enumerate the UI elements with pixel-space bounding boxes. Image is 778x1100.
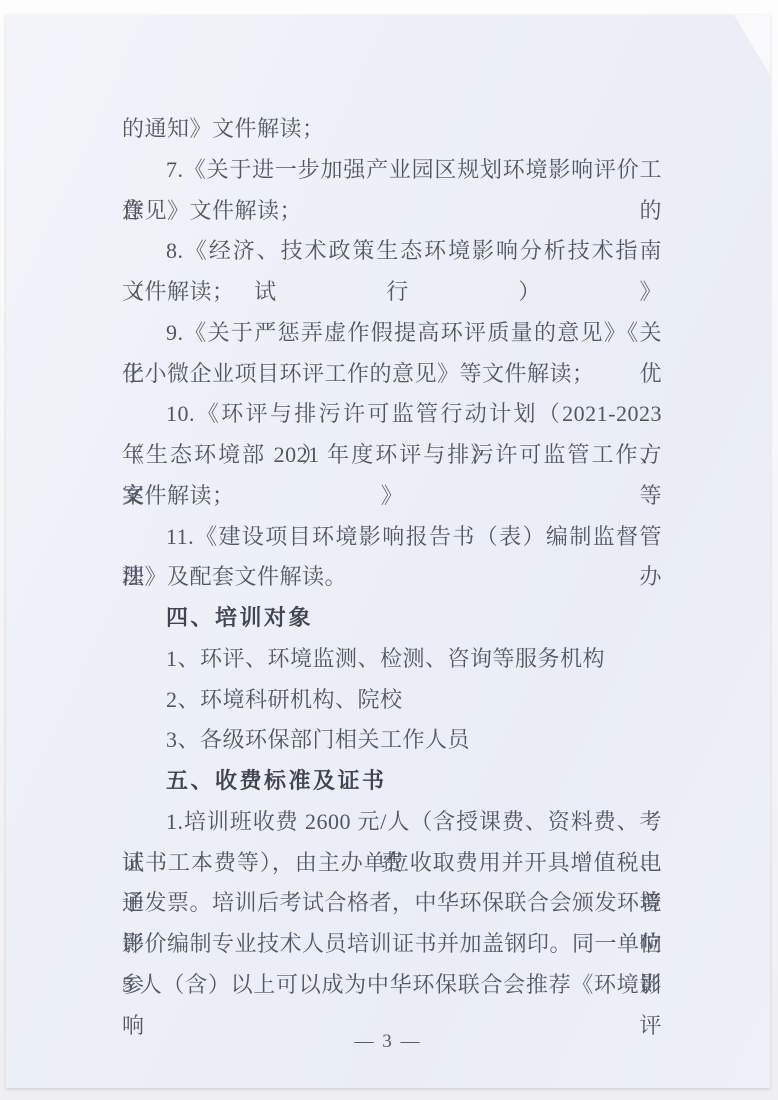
document-line: 《生态环境部 2021 年度环评与排污许可监管工作方案》等 [122, 435, 662, 476]
scan-canvas: 的通知》文件解读；7.《关于进一步加强产业园区规划环境影响评价工作的意见》文件解… [0, 0, 778, 1100]
document-line: 11.《建设项目环境影响报告书（表）编制监督管理办 [122, 517, 662, 558]
page-corner-fold [734, 15, 770, 75]
section-heading: 四、培训对象 [122, 598, 662, 639]
document-line: 1、环评、环境监测、检测、咨询等服务机构 [122, 639, 662, 680]
document-line: 通发票。培训后考试合格者，中华环保联合会颁发环境影响 [122, 883, 662, 924]
document-line: 化小微企业项目环评工作的意见》等文件解读； [122, 354, 662, 395]
document-lines: 的通知》文件解读；7.《关于进一步加强产业园区规划环境影响评价工作的意见》文件解… [122, 109, 662, 1006]
document-body: 的通知》文件解读；7.《关于进一步加强产业园区规划环境影响评价工作的意见》文件解… [122, 109, 662, 1006]
document-line: 1.培训班收费 2600 元/人（含授课费、资料费、考试费、 [122, 802, 662, 843]
document-line: 评价编制专业技术人员培训证书并加盖钢印。同一单位参训 [122, 924, 662, 965]
document-line: 8.《经济、技术政策生态环境影响分析技术指南（试行）》 [122, 231, 662, 272]
document-line: 7.《关于进一步加强产业园区规划环境影响评价工作的 [122, 150, 662, 191]
scanned-page: 的通知》文件解读；7.《关于进一步加强产业园区规划环境影响评价工作的意见》文件解… [6, 15, 770, 1088]
document-line: 10.《环评与排污许可监管行动计划（2021-2023 年）》、 [122, 394, 662, 435]
section-heading: 五、收费标准及证书 [122, 761, 662, 802]
document-line: 2、环境科研机构、院校 [122, 680, 662, 721]
document-line: 3、各级环保部门相关工作人员 [122, 720, 662, 761]
document-line: 5 人（含）以上可以成为中华环保联合会推荐《环境影响评 [122, 965, 662, 1006]
document-line: 9.《关于严惩弄虚作假提高环评质量的意见》《关于优 [122, 313, 662, 354]
document-line: 证书工本费等），由主办单位收取费用并开具增值税电子普 [122, 843, 662, 884]
page-number: — 3 — [6, 1029, 770, 1055]
document-line: 的通知》文件解读； [122, 109, 662, 150]
